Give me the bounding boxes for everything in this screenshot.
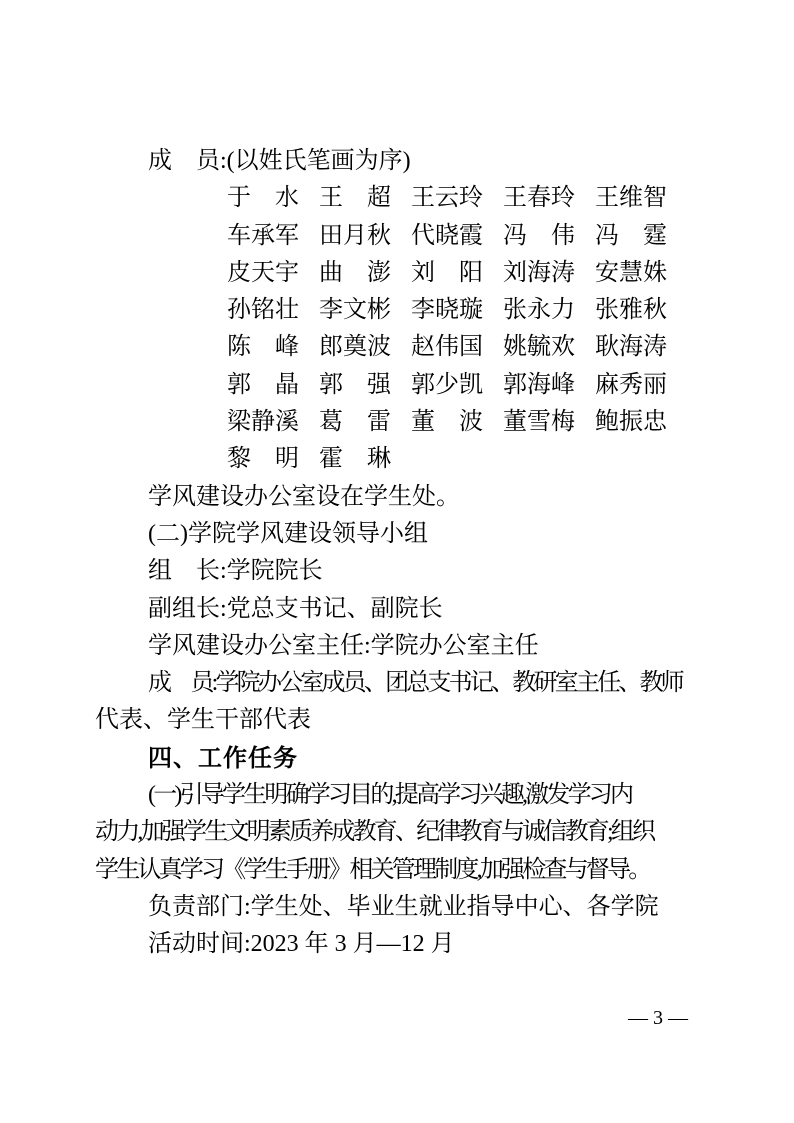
member-name: 霍 琳 [319, 441, 391, 478]
member-name: 黎 明 [227, 441, 299, 478]
member-name: 安慧姝 [595, 255, 667, 292]
member-name: 麻秀丽 [595, 367, 667, 404]
member-name: 李晓璇 [411, 292, 483, 329]
member-name: 田月秋 [319, 218, 391, 255]
member-name: 董雪梅 [503, 404, 575, 441]
task-1-line-3: 学生认真学习《学生手册》相关管理制度,加强检查与督导。 [95, 852, 703, 889]
responsible-depts-line: 负责部门:学生处、毕业生就业指导中心、各学院 [95, 889, 703, 926]
activity-time-line: 活动时间:2023 年 3 月—12 月 [95, 926, 703, 963]
member-name: 张雅秋 [595, 292, 667, 329]
member-name: 皮天宇 [227, 255, 299, 292]
member-name: 葛 雷 [319, 404, 391, 441]
member-row-3: 皮天宇曲 澎刘 阳刘海涛安慧姝 [95, 255, 703, 292]
member-name: 冯 伟 [503, 218, 575, 255]
member-row-2: 车承军田月秋代晓霞冯 伟冯 霆 [95, 218, 703, 255]
member-row-1: 于 水王 超王云玲王春玲王维智 [95, 180, 703, 217]
member-name: 董 波 [411, 404, 483, 441]
member-name: 赵伟国 [411, 329, 483, 366]
document-page: 成 员:(以姓氏笔画为序)于 水王 超王云玲王春玲王维智车承军田月秋代晓霞冯 伟… [0, 0, 794, 1123]
member-name: 车承军 [227, 218, 299, 255]
section-4-heading: 四、工作任务 [95, 740, 703, 777]
college-members-line-2: 代表、学生干部代表 [95, 702, 703, 739]
member-row-6: 郭 晶郭 强郭少凯郭海峰麻秀丽 [95, 367, 703, 404]
college-members-line-1: 成 员:学院办公室成员、团总支书记、教研室主任、教师 [95, 665, 703, 702]
member-name: 郭 强 [319, 367, 391, 404]
member-name: 王云玲 [411, 180, 483, 217]
member-name: 冯 霆 [595, 218, 667, 255]
member-name: 耿海涛 [595, 329, 667, 366]
office-location-line: 学风建设办公室设在学生处。 [95, 479, 703, 516]
member-row-4: 孙铭壮李文彬李晓璇张永力张雅秋 [95, 292, 703, 329]
document-body: 成 员:(以姓氏笔画为序)于 水王 超王云玲王春玲王维智车承军田月秋代晓霞冯 伟… [95, 143, 703, 964]
member-name: 张永力 [503, 292, 575, 329]
section-2-heading: (二)学院学风建设领导小组 [95, 516, 703, 553]
member-name: 郭少凯 [411, 367, 483, 404]
member-name: 刘 阳 [411, 255, 483, 292]
member-name: 代晓霞 [411, 218, 483, 255]
member-name: 鲍振忠 [595, 404, 667, 441]
page-number: — 3 — [628, 1005, 688, 1031]
member-name: 李文彬 [319, 292, 391, 329]
members-label: 成 员:(以姓氏笔画为序) [95, 143, 703, 180]
member-name: 刘海涛 [503, 255, 575, 292]
member-name: 郭 晶 [227, 367, 299, 404]
member-name: 梁静溪 [227, 404, 299, 441]
member-row-5: 陈 峰郎奠波赵伟国姚毓欢耿海涛 [95, 329, 703, 366]
deputy-leader-line: 副组长:党总支书记、副院长 [95, 591, 703, 628]
member-name: 郎奠波 [319, 329, 391, 366]
member-name: 曲 澎 [319, 255, 391, 292]
member-name: 孙铭壮 [227, 292, 299, 329]
task-1-line-2: 动力,加强学生文明素质养成教育、纪律教育与诚信教育;组织 [95, 814, 703, 851]
member-name: 于 水 [227, 180, 299, 217]
member-row-8: 黎 明霍 琳 [95, 441, 703, 478]
member-name: 王春玲 [503, 180, 575, 217]
member-name: 陈 峰 [227, 329, 299, 366]
member-name: 王 超 [319, 180, 391, 217]
member-row-7: 梁静溪葛 雷董 波董雪梅鲍振忠 [95, 404, 703, 441]
member-name: 王维智 [595, 180, 667, 217]
group-leader-line: 组 长:学院院长 [95, 553, 703, 590]
task-1-line-1: (一)引导学生明确学习目的,提高学习兴趣,激发学习内 [95, 777, 703, 814]
member-name: 郭海峰 [503, 367, 575, 404]
member-name: 姚毓欢 [503, 329, 575, 366]
office-director-line: 学风建设办公室主任:学院办公室主任 [95, 628, 703, 665]
